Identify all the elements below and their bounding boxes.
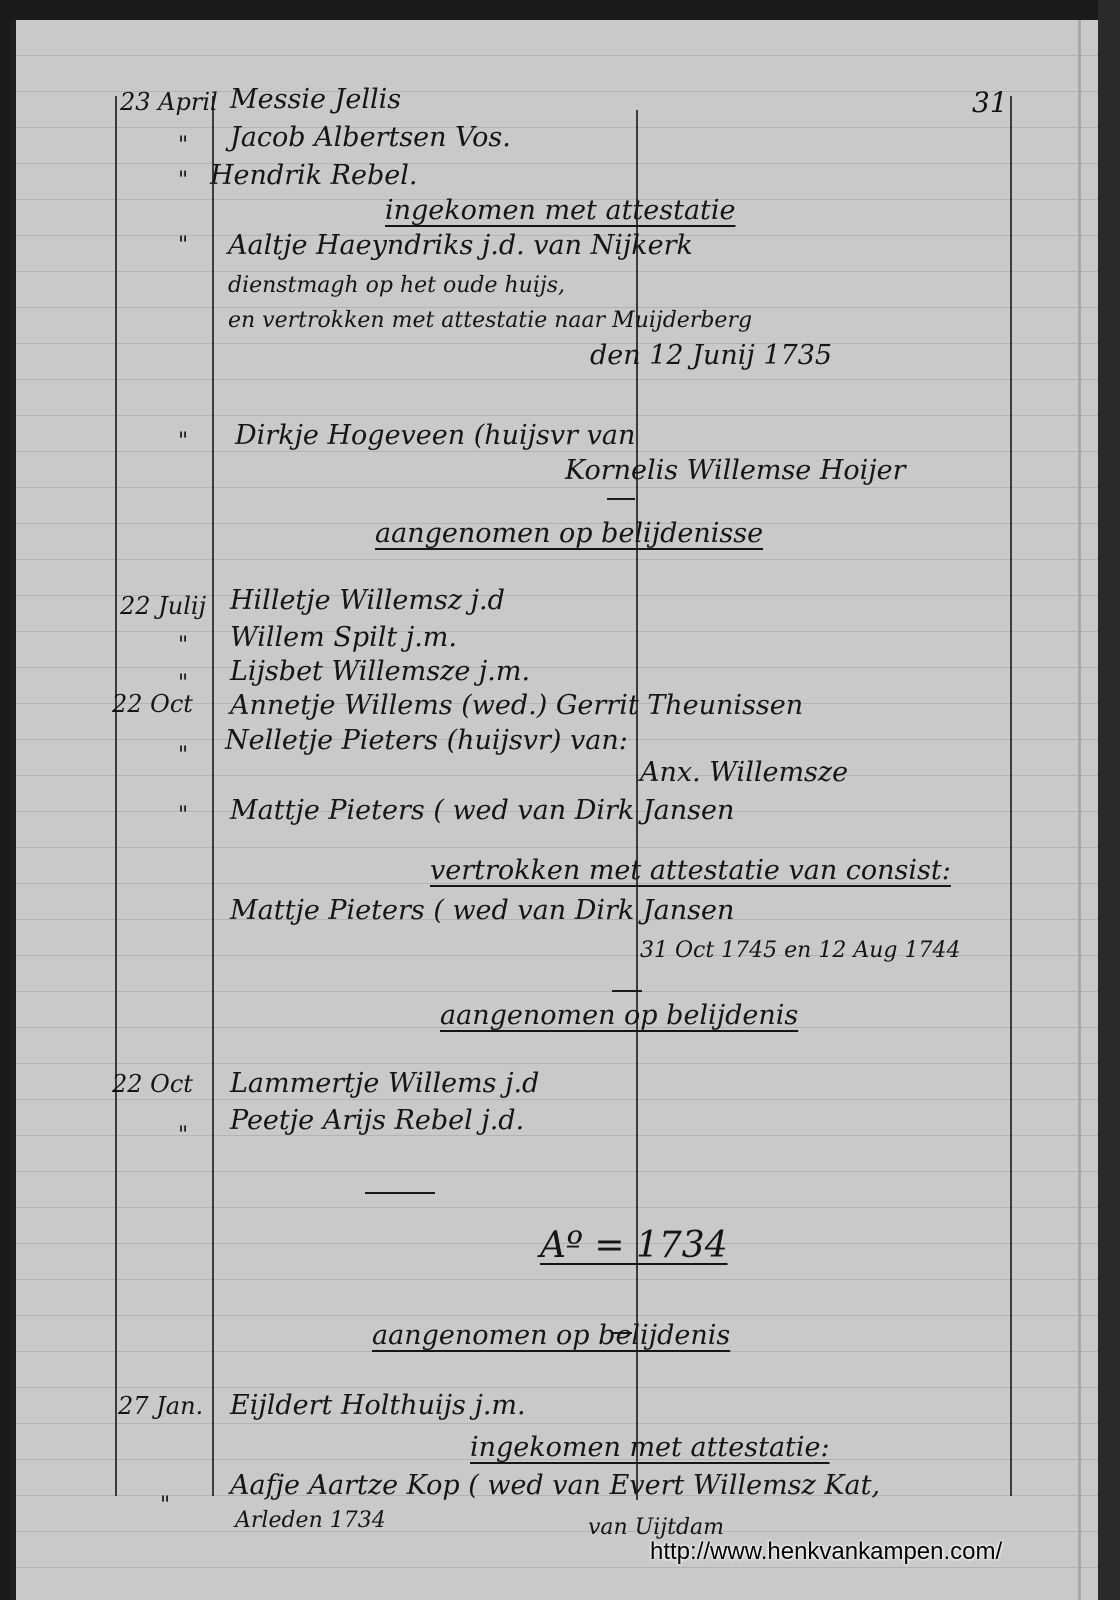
entry-date: 22 Julij — [120, 590, 206, 622]
entry-text: Eijldert Holthuijs j.m. — [230, 1390, 526, 1422]
ditto-mark: " — [178, 165, 188, 197]
ditto-mark: " — [178, 800, 188, 832]
entry-text: dienstmagh op het oude huijs, — [228, 270, 565, 302]
entry-text: Aafje Aartze Kop ( wed van Evert Willems… — [230, 1470, 880, 1502]
entry-text: en vertrokken met attestatie naar Muijde… — [228, 305, 752, 337]
entry-text: Anx. Willemsze — [640, 757, 848, 789]
ditto-mark: " — [178, 230, 188, 262]
right-margin-line — [1078, 20, 1081, 1600]
entry-date: 27 Jan. — [118, 1390, 203, 1422]
entry-text: Hendrik Rebel. — [210, 160, 417, 192]
ditto-mark: " — [178, 630, 188, 662]
entry-date: 22 Oct — [112, 688, 193, 720]
entry-text: Dirkje Hogeveen (huijsvr van — [235, 420, 635, 452]
entry-text: Kornelis Willemse Hoijer — [565, 455, 906, 487]
entry-text: Peetje Arijs Rebel j.d. — [230, 1105, 524, 1137]
section-heading: aangenomen op belijdenisse — [375, 518, 763, 550]
entry-text: Hilletje Willemsz j.d — [230, 585, 505, 617]
section-heading: aangenomen op belijdenis — [440, 1000, 798, 1032]
section-heading: ingekomen met attestatie: — [470, 1432, 830, 1464]
entry-text: Aaltje Haeyndriks j.d. van Nijkerk — [228, 230, 693, 262]
entry-text: Lammertje Willems j.d — [230, 1068, 539, 1100]
separator-double-line — [365, 1192, 435, 1194]
entry-text: Arleden 1734 — [235, 1505, 386, 1537]
separator-dash — [607, 498, 635, 500]
entry-text: Jacob Albertsen Vos. — [230, 122, 511, 154]
watermark-url: http://www.henkvankampen.com/ — [650, 1538, 1002, 1566]
entry-text: Nelletje Pieters (huijsvr) van: — [225, 725, 628, 757]
ditto-mark: " — [178, 130, 188, 162]
section-heading: vertrokken met attestatie van consist: — [430, 855, 951, 887]
entry-text: Annetje Willems (wed.) Gerrit Theunissen — [230, 690, 803, 722]
entry-date: 22 Oct — [112, 1068, 193, 1100]
ditto-mark: " — [178, 740, 188, 772]
entry-text: den 12 Junij 1735 — [590, 340, 832, 372]
entry-text: 31 Oct 1745 en 12 Aug 1744 — [640, 935, 960, 967]
entry-text: Willem Spilt j.m. — [230, 622, 457, 654]
page-number: 31 — [972, 86, 1008, 119]
ditto-mark: " — [178, 426, 188, 458]
right-column-rule — [1010, 96, 1012, 1496]
section-heading: aangenomen op belijdenis — [372, 1320, 730, 1352]
ditto-mark: " — [160, 1490, 170, 1522]
name-column-rule — [212, 96, 214, 1496]
separator-dash — [612, 990, 642, 992]
section-heading: ingekomen met attestatie — [385, 195, 736, 227]
page-binding — [10, 20, 16, 1600]
page-edge-right — [1098, 0, 1120, 1600]
year-heading: Aº = 1734 — [540, 1230, 728, 1262]
entry-text: Messie Jellis — [230, 84, 401, 116]
entry-date: 23 April — [120, 86, 218, 118]
entry-text: Lijsbet Willemsze j.m. — [230, 656, 530, 688]
entry-text: Mattje Pieters ( wed van Dirk Jansen — [230, 895, 734, 927]
ditto-mark: " — [178, 1120, 188, 1152]
entry-text: Mattje Pieters ( wed van Dirk Jansen — [230, 795, 734, 827]
date-column-rule — [115, 96, 117, 1496]
